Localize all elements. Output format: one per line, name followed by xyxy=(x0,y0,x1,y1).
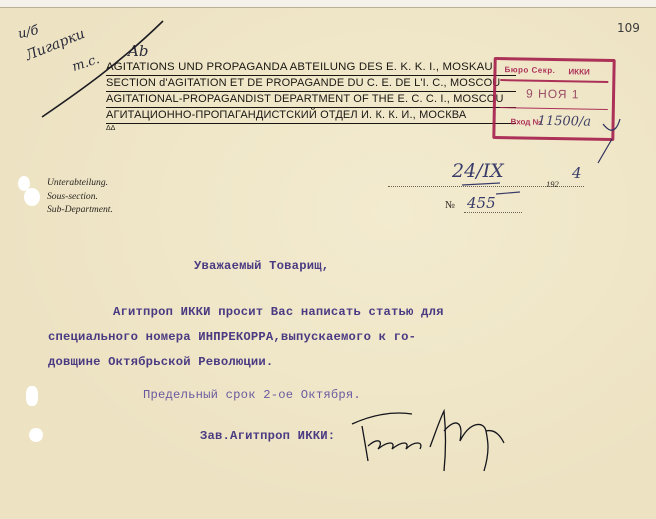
stamp-number-tail xyxy=(598,119,620,163)
diagonal-pen-stroke xyxy=(42,21,163,117)
letter-page: 109 и/б Лигарки т.с. Ab AGITATIONS UND P… xyxy=(0,7,656,519)
number-underline xyxy=(496,192,520,194)
date-underline xyxy=(462,183,500,185)
pen-strokes xyxy=(0,8,656,519)
signature-icon xyxy=(352,411,504,471)
